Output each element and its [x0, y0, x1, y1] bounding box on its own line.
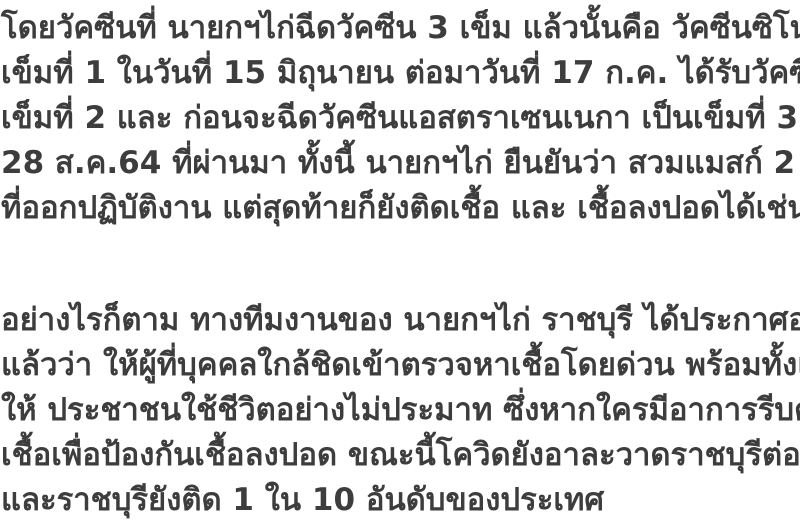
text-line: เข็มที่ 2 และ ก่อนจะฉีดวัคซีนแอสตราเซนเน… — [1, 96, 799, 141]
paragraph-vaccine-history: โดยวัคซีนที่ นายกฯไก่ฉีดวัคซีน 3 เข็ม แล… — [1, 6, 799, 231]
text-line: ให้ ประชาชนใช้ชีวิตอย่างไม่ประมาท ซึ่งหา… — [1, 388, 799, 433]
text-line: เชื้อเพื่อป้องกันเชื้อลงปอด ขณะนี้โควิดย… — [1, 433, 799, 478]
text-line: ที่ออกปฏิบัติงาน แต่สุดท้ายก็ยังติดเชื้อ… — [1, 186, 799, 231]
paragraph-announcement: อย่างไรก็ตาม ทางทีมงานของ นายกฯไก่ ราชบุ… — [1, 298, 799, 516]
text-line: 28 ส.ค.64 ที่ผ่านมา ทั้งนี้ นายกฯไก่ ยืน… — [1, 141, 799, 186]
article-text-block: โดยวัคซีนที่ นายกฯไก่ฉีดวัคซีน 3 เข็ม แล… — [0, 0, 800, 516]
text-line: เข็มที่ 1 ในวันที่ 15 มิถุนายน ต่อมาวันท… — [1, 51, 799, 96]
text-line: โดยวัคซีนที่ นายกฯไก่ฉีดวัคซีน 3 เข็ม แล… — [1, 6, 799, 51]
text-line: แล้วว่า ให้ผู้ที่บุคคลใกล้ชิดเข้าตรวจหาเ… — [1, 343, 799, 388]
text-line: อย่างไรก็ตาม ทางทีมงานของ นายกฯไก่ ราชบุ… — [1, 298, 799, 343]
text-line: และราชบุรียังติด 1 ใน 10 อันดับของประเทศ — [1, 478, 799, 516]
